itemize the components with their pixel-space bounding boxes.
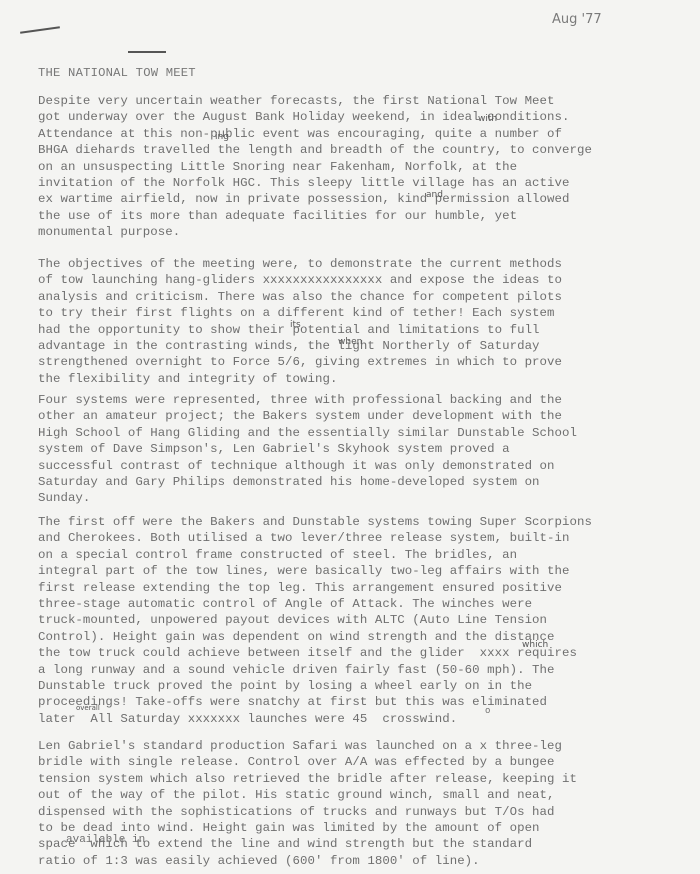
text-line: got underway over the August Bank Holida… [38,109,592,125]
text-line: Four systems were represented, three wit… [38,392,577,408]
text-line: later All Saturday xxxxxxx launches were… [38,711,592,727]
text-line: Saturday and Gary Philips demonstrated h… [38,474,577,490]
text-line: Sunday. [38,490,577,506]
text-line: invitation of the Norfolk HGC. This slee… [38,175,592,191]
document-title: THE NATIONAL TOW MEET [38,66,196,80]
text-line: Despite very uncertain weather forecasts… [38,93,592,109]
annotation-when: when [338,337,362,347]
text-line: on an unsuspecting Little Snoring near F… [38,159,592,175]
text-line: three-stage automatic control of Angle o… [38,596,592,612]
date-annotation: Aug '77 [552,12,602,27]
annotation-its: its [290,320,301,330]
text-line: advantage in the contrasting winds, the … [38,338,562,354]
text-line: truck-mounted, unpowered payout devices … [38,612,592,628]
text-line: High School of Hang Gliding and the esse… [38,425,577,441]
text-line: The objectives of the meeting were, to d… [38,256,562,272]
document-page: Aug '77 THE NATIONAL TOW MEET Despite ve… [0,0,700,874]
text-line: strengthened overnight to Force 5/6, giv… [38,354,562,370]
paragraph-3: Four systems were represented, three wit… [38,392,577,507]
text-line: tension system which also retrieved the … [38,771,577,787]
text-line: Dunstable truck proved the point by losi… [38,678,592,694]
text-line: monumental purpose. [38,224,592,240]
text-line: a long runway and a sound vehicle driven… [38,662,592,678]
text-line: the tow truck could achieve between itse… [38,645,592,661]
text-line: the use of its more than adequate facili… [38,208,592,224]
annotation-degree: o [485,706,490,716]
text-line: Len Gabriel's standard production Safari… [38,738,577,754]
annotation-with: with [478,114,497,124]
annotation-available-in: available in [66,834,145,846]
text-line: ex wartime airfield, now in private poss… [38,191,592,207]
text-line: on a special control frame constructed o… [38,547,592,563]
text-line: successful contrast of technique althoug… [38,458,577,474]
paragraph-4: The first off were the Bakers and Dunsta… [38,514,592,727]
text-line: bridle with single release. Control over… [38,754,577,770]
text-line: of tow launching hang-gliders xxxxxxxxxx… [38,272,562,288]
text-line: dispensed with the sophistications of tr… [38,804,577,820]
paragraph-1: Despite very uncertain weather forecasts… [38,93,592,241]
text-line: Attendance at this non-public event was … [38,126,592,142]
annotation-and: and [426,190,443,200]
text-line: out of the way of the pilot. His static … [38,787,577,803]
text-line: Control). Height gain was dependent on w… [38,629,592,645]
pen-stroke-title-mark [128,51,166,53]
text-line: the flexibility and integrity of towing. [38,371,562,387]
text-line: BHGA diehards travelled the length and b… [38,142,592,158]
text-line: first release extending the top leg. Thi… [38,580,592,596]
annotation-ing: ing [215,132,229,142]
text-line: and Cherokees. Both utilised a two lever… [38,530,592,546]
text-line: analysis and criticism. There was also t… [38,289,562,305]
text-line: integral part of the tow lines, were bas… [38,563,592,579]
pen-stroke-top-left [20,26,60,34]
text-line: The first off were the Bakers and Dunsta… [38,514,592,530]
paragraph-5: Len Gabriel's standard production Safari… [38,738,577,869]
text-line: proceedings! Take-offs were snatchy at f… [38,694,592,710]
annotation-which: which [522,640,548,650]
annotation-overall: overall [76,704,100,712]
text-line: system of Dave Simpson's, Len Gabriel's … [38,441,577,457]
text-line: ratio of 1:3 was easily achieved (600' f… [38,853,577,869]
text-line: other an amateur project; the Bakers sys… [38,408,577,424]
